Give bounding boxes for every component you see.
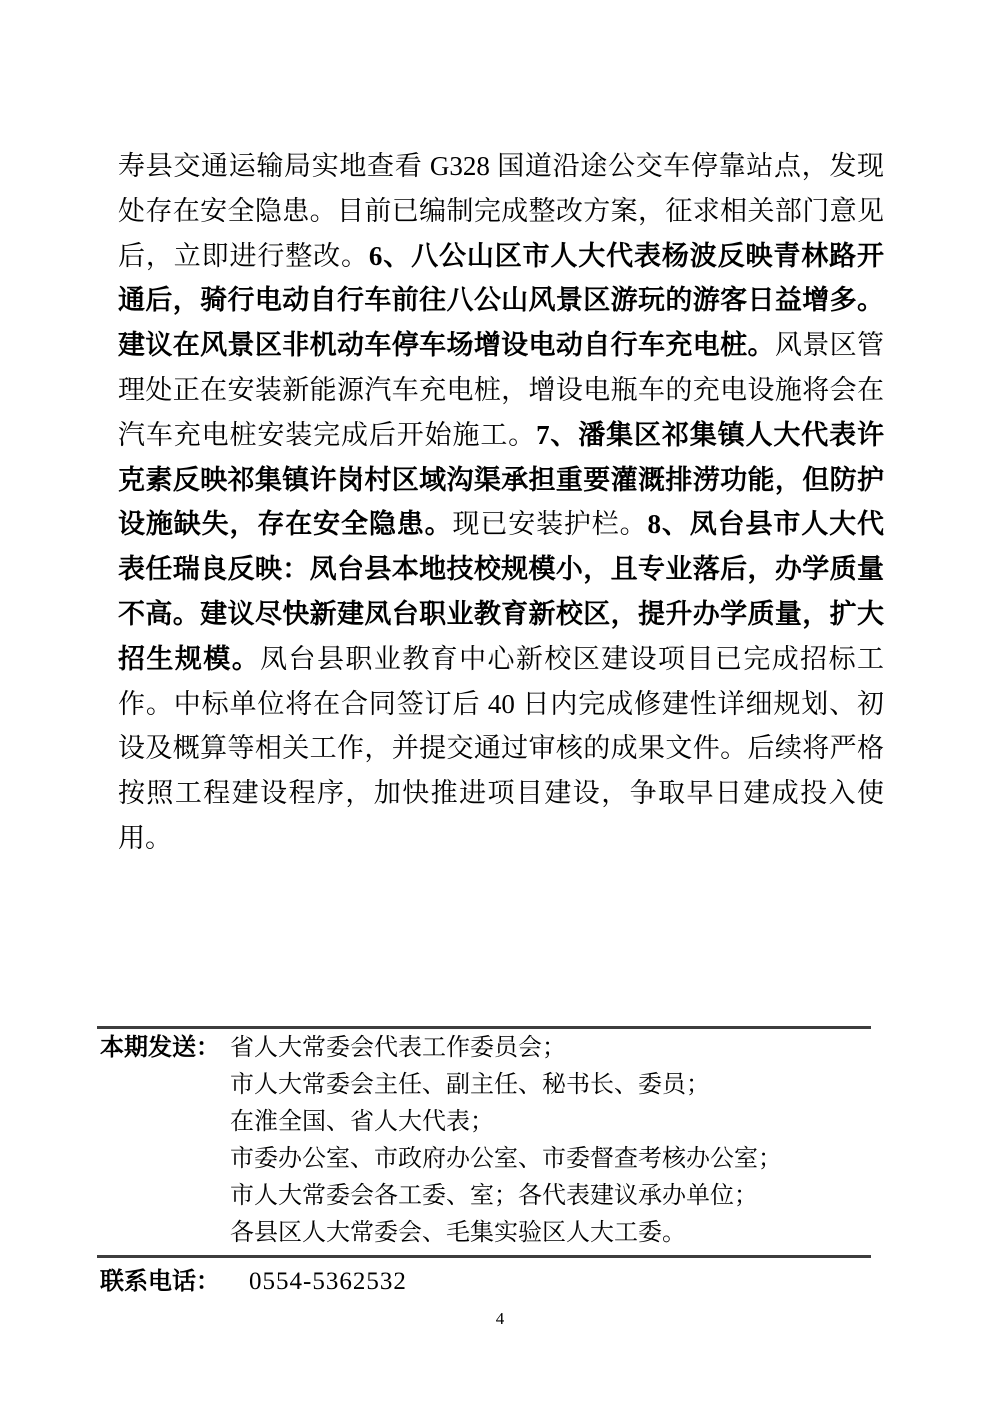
contact-phone: 0554-5362532: [249, 1268, 407, 1295]
text-segment: 风景区管: [775, 330, 884, 360]
text-segment: 设及概算等相关工作，并提交通过审核的成果文件。后续将严格: [118, 733, 884, 763]
body-line: 建议在风景区非机动车停车场增设电动自行车充电桩。风景区管: [118, 323, 884, 368]
distribution-item: 市人大常委会各工委、室；各代表建议承办单位；: [230, 1178, 880, 1215]
body-line: 通后，骑行电动自行车前往八公山风景区游玩的游客日益增多。: [118, 278, 884, 323]
footer-divider-bottom: [97, 1255, 871, 1258]
body-line: 后，立即进行整改。6、八公山区市人大代表杨波反映青林路开: [118, 234, 884, 279]
page-number: 4: [0, 1308, 1000, 1330]
text-segment-bold: 7、潘集区祁集镇人大代表许: [536, 420, 884, 450]
distribution-list: 省人大常委会代表工作委员会； 市人大常委会主任、副主任、秘书长、委员； 在淮全国…: [230, 1030, 880, 1252]
text-segment-bold: 设施缺失，存在安全隐患。: [118, 509, 452, 539]
text-segment: 处存在安全隐患。目前已编制完成整改方案，征求相关部门意见: [118, 196, 884, 226]
distribution-item: 省人大常委会代表工作委员会；: [230, 1030, 880, 1067]
text-segment: 现已安装护栏。: [452, 509, 647, 539]
text-segment-bold: 招生规模。: [118, 644, 260, 674]
text-segment-bold: 建议在风景区非机动车停车场增设电动自行车充电桩。: [118, 330, 775, 360]
body-line: 表任瑞良反映：凤台县本地技校规模小，且专业落后，办学质量: [118, 547, 884, 592]
text-segment: 后，立即进行整改。: [118, 241, 369, 271]
text-segment-bold: 不高。建议尽快新建凤台职业教育新校区，提升办学质量，扩大: [118, 599, 884, 629]
body-line: 汽车充电桩安装完成后开始施工。7、潘集区祁集镇人大代表许: [118, 413, 884, 458]
text-segment: 作。中标单位将在合同签订后 40 日内完成修建性详细规划、初: [118, 689, 884, 719]
body-text: 寿县交通运输局实地查看 G328 国道沿途公交车停靠站点，发现 9 处存在安全隐…: [118, 144, 884, 861]
contact-label: 联系电话：: [100, 1269, 220, 1295]
document-page: 寿县交通运输局实地查看 G328 国道沿途公交车停靠站点，发现 9 处存在安全隐…: [0, 0, 1000, 1415]
distribution-item: 各县区人大常委会、毛集实验区人大工委。: [230, 1215, 880, 1252]
body-line: 用。: [118, 816, 884, 861]
text-segment: 用。: [118, 823, 172, 853]
body-line: 设施缺失，存在安全隐患。现已安装护栏。8、凤台县市人大代: [118, 502, 884, 547]
body-line: 理处正在安装新能源汽车充电桩，增设电瓶车的充电设施将会在: [118, 368, 884, 413]
body-line: 处存在安全隐患。目前已编制完成整改方案，征求相关部门意见: [118, 189, 884, 234]
footer-divider-top: [97, 1026, 871, 1029]
distribution-label: 本期发送：: [100, 1030, 220, 1067]
distribution-item: 市人大常委会主任、副主任、秘书长、委员；: [230, 1067, 880, 1104]
text-segment-bold: 6、八公山区市人大代表杨波反映青林路开: [369, 241, 884, 271]
body-line: 设及概算等相关工作，并提交通过审核的成果文件。后续将严格: [118, 726, 884, 771]
contact-row: 联系电话：0554-5362532: [100, 1263, 407, 1301]
body-line: 不高。建议尽快新建凤台职业教育新校区，提升办学质量，扩大: [118, 592, 884, 637]
body-line: 寿县交通运输局实地查看 G328 国道沿途公交车停靠站点，发现 9: [118, 144, 884, 189]
body-line: 作。中标单位将在合同签订后 40 日内完成修建性详细规划、初: [118, 682, 884, 727]
text-segment: 汽车充电桩安装完成后开始施工。: [118, 420, 536, 450]
text-segment: 理处正在安装新能源汽车充电桩，增设电瓶车的充电设施将会在: [118, 375, 884, 405]
text-segment-bold: 通后，骑行电动自行车前往八公山风景区游玩的游客日益增多。: [118, 285, 884, 315]
body-line: 按照工程建设程序，加快推进项目建设，争取早日建成投入使: [118, 771, 884, 816]
body-line: 招生规模。凤台县职业教育中心新校区建设项目已完成招标工: [118, 637, 884, 682]
text-segment-bold: 表任瑞良反映：凤台县本地技校规模小，且专业落后，办学质量: [118, 554, 884, 584]
distribution-item: 在淮全国、省人大代表；: [230, 1104, 880, 1141]
text-segment-bold: 克素反映祁集镇许岗村区域沟渠承担重要灌溉排涝功能，但防护: [118, 465, 884, 495]
body-line: 克素反映祁集镇许岗村区域沟渠承担重要灌溉排涝功能，但防护: [118, 458, 884, 503]
text-segment: 凤台县职业教育中心新校区建设项目已完成招标工: [260, 644, 884, 674]
text-segment: 寿县交通运输局实地查看 G328 国道沿途公交车停靠站点，发现 9: [118, 151, 884, 189]
text-segment-bold: 8、凤台县市人大代: [648, 509, 884, 539]
text-segment: 按照工程建设程序，加快推进项目建设，争取早日建成投入使: [118, 778, 884, 808]
distribution-item: 市委办公室、市政府办公室、市委督查考核办公室；: [230, 1141, 880, 1178]
